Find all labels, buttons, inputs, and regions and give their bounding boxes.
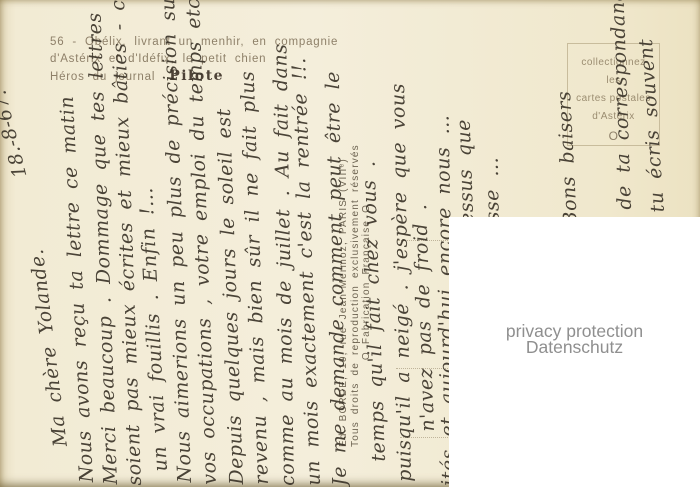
privacy-overlay: privacy protection Datenschutz <box>449 217 700 487</box>
handwriting-line: tu écris souvent <box>635 38 669 213</box>
handwriting-line: 18.-8-67. <box>0 87 31 180</box>
postcard-back: 56 - Obélix, livrant un menhir, en compa… <box>0 0 700 487</box>
screenshot-stage: 56 - Obélix, livrant un menhir, en compa… <box>0 0 700 487</box>
handwriting-line: de ta correspondance <box>606 0 636 210</box>
privacy-overlay-line-2: Datenschutz <box>526 339 623 355</box>
